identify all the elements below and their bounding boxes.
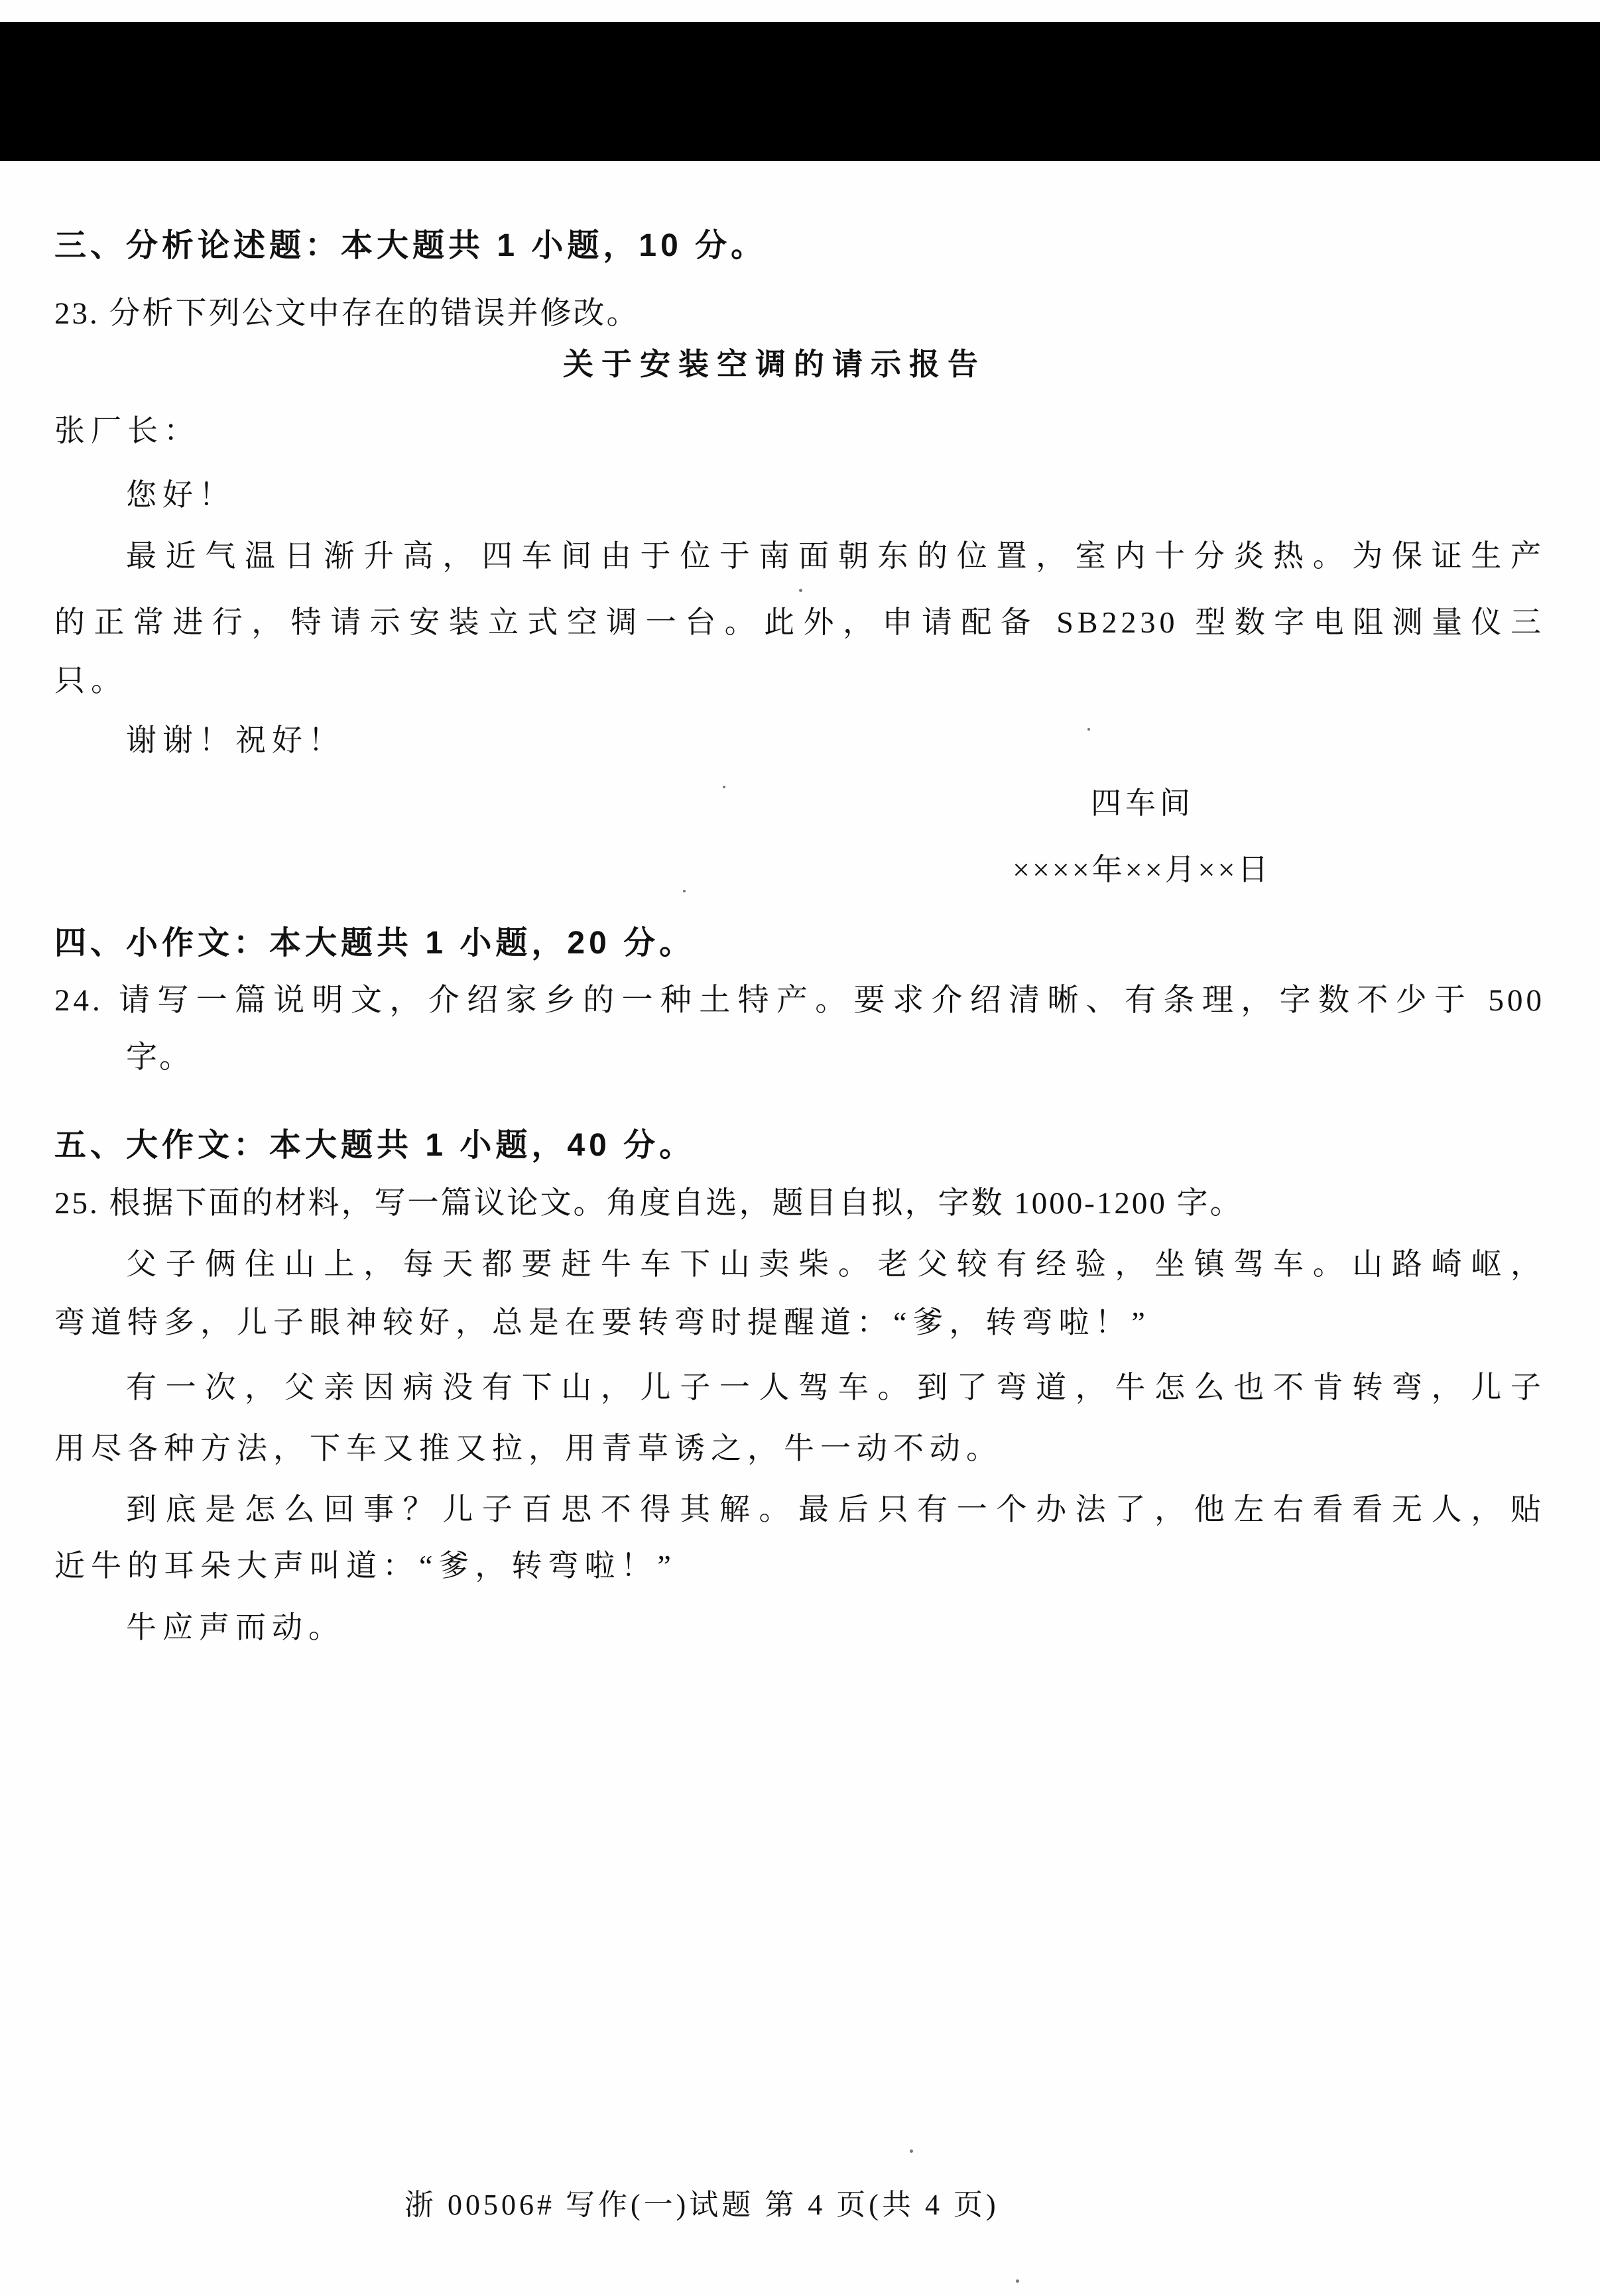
- footer-page-label: 浙 00506# 写作(一)试题 第 4 页(共 4 页): [404, 2188, 999, 2222]
- letter-body-line-2: 的正常进行，特请示安装立式空调一台。此外，申请配备 SB2230 型数字电阻测量…: [54, 605, 1545, 640]
- material-line-6: 近牛的耳朵大声叫道：“爹，转弯啦！”: [54, 1548, 677, 1584]
- noise-speck: [910, 2149, 913, 2153]
- noise-speck: [723, 786, 725, 788]
- exam-paper-page: 三、分析论述题：本大题共 1 小题，10 分。 23. 分析下列公文中存在的错误…: [0, 0, 1600, 2296]
- letter-salutation: 张厂长：: [54, 413, 200, 449]
- section-five-heading: 五、大作文：本大题共 1 小题，40 分。: [54, 1127, 695, 1165]
- question-25-text: 25. 根据下面的材料，写一篇议论文。角度自选，题目自拟，字数 1000-120…: [54, 1185, 1243, 1222]
- letter-greeting: 您好！: [126, 477, 235, 513]
- letter-body-line-3: 只。: [54, 663, 127, 699]
- question-24-line-2: 字。: [126, 1040, 192, 1076]
- material-line-5: 到底是怎么回事？儿子百思不得其解。最后只有一个办法了，他左右看看无人，贴: [126, 1492, 1545, 1528]
- material-line-3: 有一次，父亲因病没有下山，儿子一人驾车。到了弯道，牛怎么也不肯转弯，儿子: [126, 1370, 1545, 1406]
- section-three-heading: 三、分析论述题：本大题共 1 小题，10 分。: [54, 227, 767, 265]
- noise-speck: [683, 890, 686, 892]
- letter-title: 关于安装空调的请示报告: [563, 347, 986, 383]
- noise-speck: [799, 589, 802, 592]
- question-23-text: 23. 分析下列公文中存在的错误并修改。: [54, 296, 640, 332]
- material-line-2: 弯道特多，儿子眼神较好，总是在要转弯时提醒道：“爹，转弯啦！”: [54, 1305, 1151, 1341]
- letter-date: ××××年××月××日: [1013, 852, 1271, 888]
- material-line-4: 用尽各种方法，下车又推又拉，用青草诱之，牛一动不动。: [54, 1431, 1003, 1467]
- material-line-1: 父子俩住山上，每天都要赶牛车下山卖柴。老父较有经验，坐镇驾车。山路崎岖，: [126, 1246, 1545, 1282]
- noise-speck: [1016, 2279, 1019, 2283]
- letter-closing: 谢谢！祝好！: [126, 723, 345, 758]
- material-line-7: 牛应声而动。: [126, 1610, 345, 1646]
- noise-speck: [1087, 728, 1090, 731]
- section-four-heading: 四、小作文：本大题共 1 小题，20 分。: [54, 925, 695, 963]
- letter-signature: 四车间: [1091, 786, 1194, 821]
- letter-body-line-1: 最近气温日渐升高，四车间由于位于南面朝东的位置，室内十分炎热。为保证生产: [126, 538, 1545, 574]
- question-24-line-1: 24. 请写一篇说明文，介绍家乡的一种土特产。要求介绍清晰、有条理，字数不少于 …: [54, 983, 1545, 1019]
- scan-header-black-bar: [0, 22, 1600, 161]
